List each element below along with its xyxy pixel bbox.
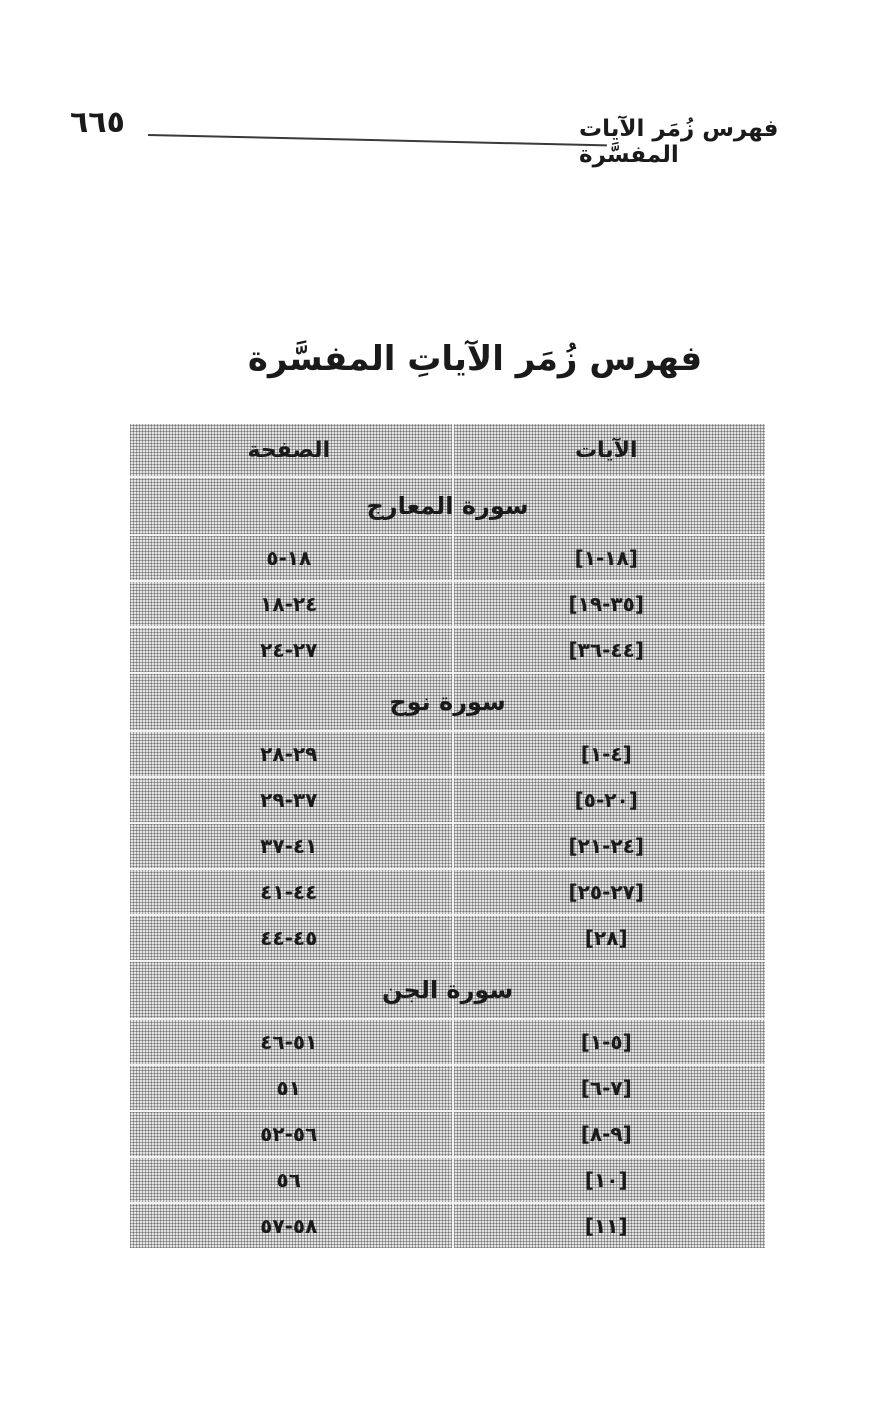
scanned-book-page: ٦٦٥ فهرس زُمَر الآيات المفسَّرة فهرس زُم…: [0, 0, 885, 1414]
header-rule-line: [148, 134, 607, 146]
page-title: فهرس زُمَر الآياتِ المفسَّرة: [248, 339, 702, 379]
verse-range-cell: [٢٧-٢٥]: [448, 880, 766, 904]
table-row: ٤٤-٤١[٢٧-٢٥]: [130, 868, 765, 914]
verse-range-cell: [٧-٦]: [448, 1076, 766, 1100]
verse-range-cell: [٩-٨]: [448, 1122, 766, 1146]
verse-range-cell: [٣٥-١٩]: [448, 592, 766, 616]
table-row: ٢٤-١٨[٣٥-١٩]: [130, 580, 765, 626]
page-range-cell: ٥٦: [130, 1168, 448, 1192]
page-range-cell: ٤١-٣٧: [130, 834, 448, 858]
page-range-cell: ٥١: [130, 1076, 448, 1100]
verse-range-cell: [١١]: [448, 1214, 766, 1238]
table-row: ٥١-٤٦[٥-١]: [130, 1018, 765, 1064]
table-row: ١٨-٥[١٨-١]: [130, 534, 765, 580]
verse-range-cell: [٢٤-٢١]: [448, 834, 766, 858]
verse-range-cell: [١٠]: [448, 1168, 766, 1192]
page-range-cell: ٤٤-٤١: [130, 880, 448, 904]
running-title: فهرس زُمَر الآيات المفسَّرة: [579, 116, 839, 168]
page-range-cell: ٤٥-٤٤: [130, 926, 448, 950]
section-header-row: سورة نوح: [130, 672, 765, 730]
verses-index-table: الصفحة الآيات سورة المعارج١٨-٥[١٨-١]٢٤-١…: [130, 424, 765, 1248]
table-header-row: الصفحة الآيات: [130, 424, 765, 476]
verse-range-cell: [٤-١]: [448, 742, 766, 766]
verse-range-cell: [٥-١]: [448, 1030, 766, 1054]
verse-range-cell: [٢٠-٥]: [448, 788, 766, 812]
page-range-cell: ٥١-٤٦: [130, 1030, 448, 1054]
page-range-cell: ١٨-٥: [130, 546, 448, 570]
page-range-cell: ٣٧-٢٩: [130, 788, 448, 812]
page-range-cell: ٥٨-٥٧: [130, 1214, 448, 1238]
table-row: ٤٥-٤٤[٢٨]: [130, 914, 765, 960]
verse-range-cell: [٢٨]: [448, 926, 766, 950]
table-row: ٢٧-٢٤[٤٤-٣٦]: [130, 626, 765, 672]
column-header-verses: الآيات: [448, 438, 766, 463]
page-range-cell: ٢٤-١٨: [130, 592, 448, 616]
page-range-cell: ٢٧-٢٤: [130, 638, 448, 662]
table-row: ٥٨-٥٧[١١]: [130, 1202, 765, 1248]
table-row: ٤١-٣٧[٢٤-٢١]: [130, 822, 765, 868]
table-row: ٣٧-٢٩[٢٠-٥]: [130, 776, 765, 822]
page-number: ٦٦٥: [70, 105, 125, 140]
verse-range-cell: [١٨-١]: [448, 546, 766, 570]
table-row: ٥٦[١٠]: [130, 1156, 765, 1202]
table-body: سورة المعارج١٨-٥[١٨-١]٢٤-١٨[٣٥-١٩]٢٧-٢٤[…: [130, 476, 765, 1248]
page-range-cell: ٥٦-٥٢: [130, 1122, 448, 1146]
table-row: ٥١[٧-٦]: [130, 1064, 765, 1110]
table-row: ٢٩-٢٨[٤-١]: [130, 730, 765, 776]
column-header-pages: الصفحة: [130, 438, 448, 463]
verse-range-cell: [٤٤-٣٦]: [448, 638, 766, 662]
page-range-cell: ٢٩-٢٨: [130, 742, 448, 766]
section-header-row: سورة الجن: [130, 960, 765, 1018]
section-header-row: سورة المعارج: [130, 476, 765, 534]
table-row: ٥٦-٥٢[٩-٨]: [130, 1110, 765, 1156]
